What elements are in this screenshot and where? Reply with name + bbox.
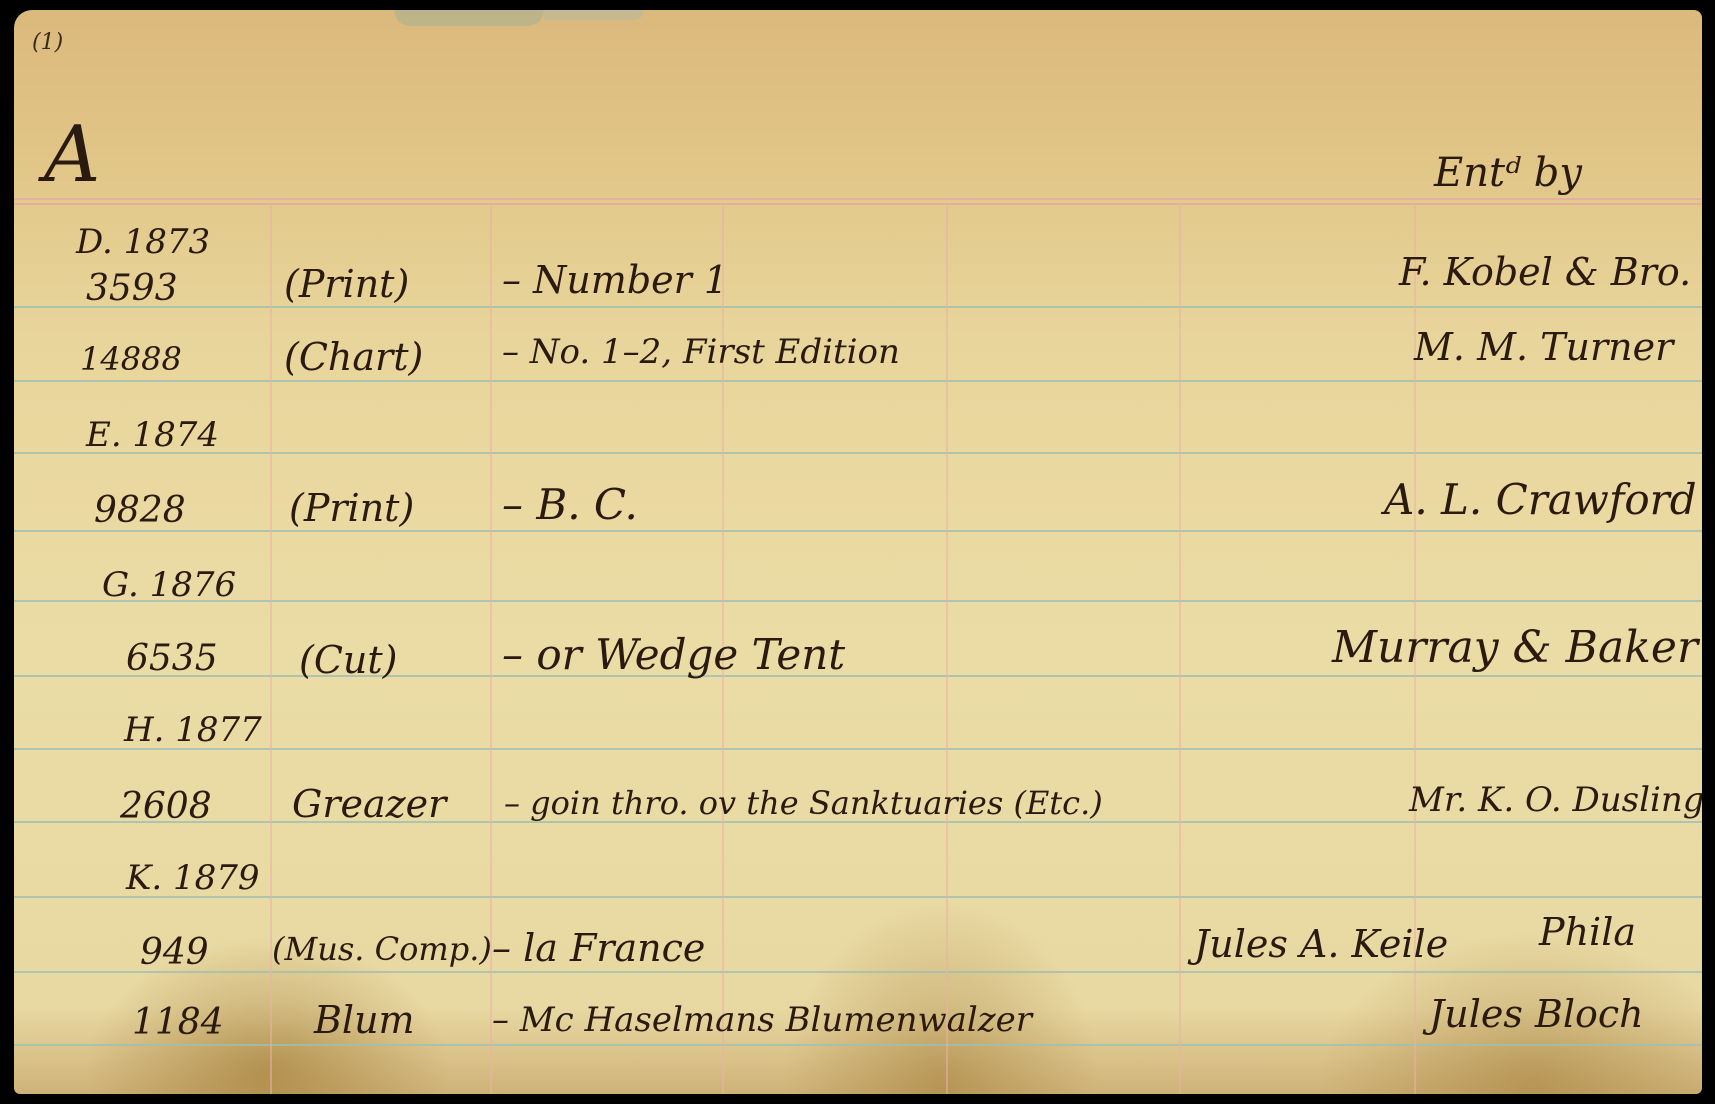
index-letter: A [44, 110, 100, 200]
entry-title: – B. C. [502, 480, 638, 529]
header-rule [14, 198, 1702, 200]
column-line [946, 206, 948, 1094]
entered-by: A. L. Crawford [1384, 475, 1697, 524]
entry-title: – Number 1 [502, 258, 728, 302]
header-rule-2 [14, 203, 1702, 205]
entry-title: – or Wedge Tent [502, 630, 845, 679]
entered-by: Jules A. Keile [1194, 922, 1448, 966]
entry-number: 1184 [132, 1002, 224, 1043]
entry-title: – la France [492, 926, 705, 970]
entry-category: (Print) [289, 486, 414, 530]
entered-by: M. M. Turner [1414, 325, 1673, 369]
entered-by: F. Kobel & Bro. [1399, 250, 1691, 294]
tape-remnant [394, 10, 544, 26]
entry-category: (Mus. Comp.) [272, 930, 492, 968]
rule-line [14, 600, 1702, 602]
rule-line [14, 452, 1702, 454]
ledger-card: (1) A Entᵈ by D. 1873 3593 (Print) – Num… [14, 10, 1702, 1094]
entered-by: Jules Bloch [1429, 992, 1644, 1036]
entry-category: Greazer [292, 782, 446, 826]
entry-place: Phila [1539, 910, 1636, 954]
entry-number: 3593 [86, 268, 178, 309]
year-label: D. 1873 [76, 222, 210, 262]
rule-line [14, 675, 1702, 677]
rule-line [14, 380, 1702, 382]
entry-number: 6535 [126, 638, 218, 679]
entry-title: – goin thro. ov the Sanktuaries (Etc.) [504, 784, 1103, 822]
rule-line [14, 306, 1702, 308]
entry-number: 2608 [120, 786, 212, 827]
year-label: G. 1876 [102, 565, 236, 605]
rule-line [14, 530, 1702, 532]
column-line [1179, 206, 1181, 1094]
entry-category: Blum [314, 998, 415, 1042]
rule-line [14, 1044, 1702, 1046]
entry-number: 949 [140, 932, 209, 973]
corner-mark: (1) [32, 30, 63, 55]
entry-title: – No. 1–2, First Edition [502, 332, 900, 372]
entered-by-header: Entᵈ by [1434, 150, 1582, 196]
rule-line [14, 748, 1702, 750]
entry-category: (Cut) [299, 638, 397, 682]
tape-remnant-2 [544, 10, 644, 20]
year-label: K. 1879 [126, 858, 260, 898]
rule-line [14, 971, 1702, 973]
year-label: H. 1877 [124, 710, 262, 750]
entry-number: 14888 [80, 340, 182, 378]
entered-by: Murray & Baker [1332, 622, 1698, 673]
year-label: E. 1874 [86, 415, 219, 455]
entered-by: Mr. K. O. Dusling [1409, 780, 1702, 820]
entry-number: 9828 [94, 490, 186, 531]
entry-category: (Chart) [284, 335, 423, 379]
entry-category: (Print) [284, 262, 409, 306]
entry-title: – Mc Haselmans Blumenwalzer [492, 1000, 1032, 1040]
rule-line [14, 896, 1702, 898]
